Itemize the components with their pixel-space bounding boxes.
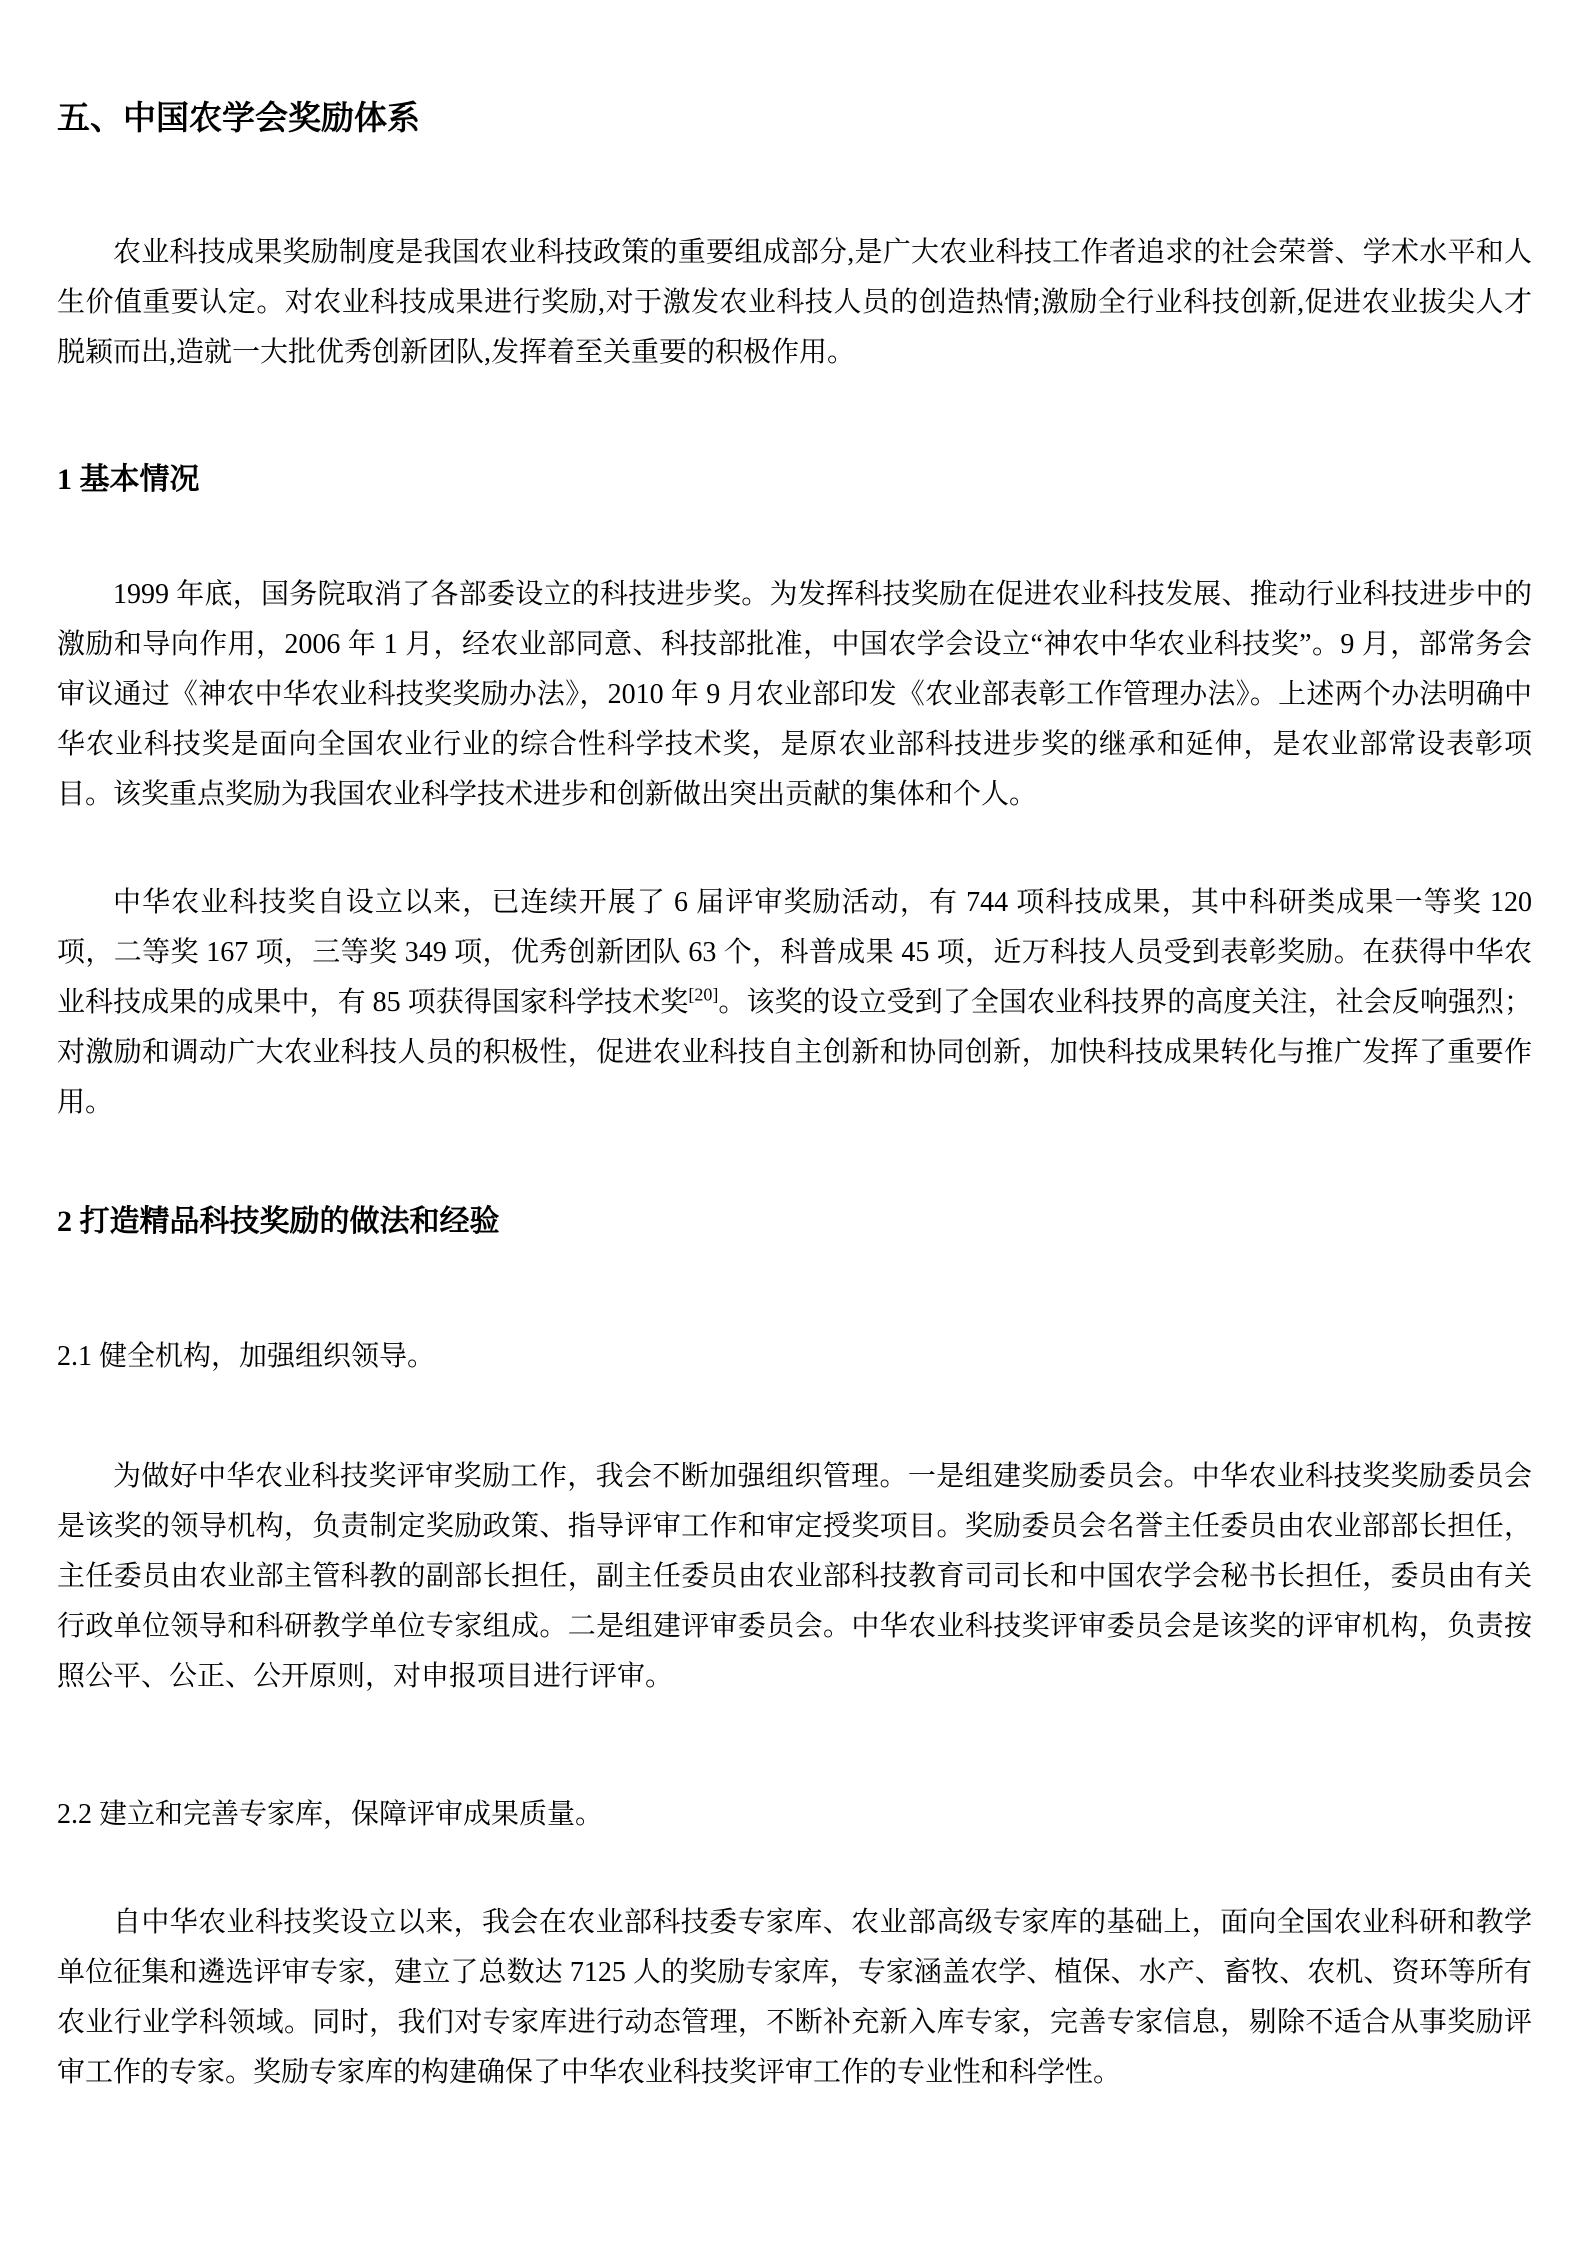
- section-2-2-heading: 2.2 建立和完善专家库，保障评审成果质量。: [57, 1790, 1532, 1840]
- document-page: 五、中国农学会奖励体系 农业科技成果奖励制度是我国农业科技政策的重要组成部分,是…: [0, 0, 1587, 2245]
- footnote-reference-20: [20]: [688, 985, 718, 1005]
- section-1-heading: 1 基本情况: [57, 458, 1532, 502]
- intro-paragraph: 农业科技成果奖励制度是我国农业科技政策的重要组成部分,是广大农业科技工作者追求的…: [57, 228, 1532, 378]
- section-1-paragraph-2: 中华农业科技奖自设立以来，已连续开展了 6 届评审奖励活动，有 744 项科技成…: [57, 878, 1532, 1128]
- section-2-2-paragraph: 自中华农业科技奖设立以来，我会在农业部科技委专家库、农业部高级专家库的基础上，面…: [57, 1898, 1532, 2098]
- section-2-heading: 2 打造精品科技奖励的做法和经验: [57, 1200, 1532, 1244]
- document-title: 五、中国农学会奖励体系: [57, 96, 1532, 140]
- section-2-1-paragraph: 为做好中华农业科技奖评审奖励工作，我会不断加强组织管理。一是组建奖励委员会。中华…: [57, 1452, 1532, 1702]
- section-1-paragraph-1: 1999 年底，国务院取消了各部委设立的科技进步奖。为发挥科技奖励在促进农业科技…: [57, 570, 1532, 820]
- section-2-1-heading: 2.1 健全机构，加强组织领导。: [57, 1332, 1532, 1382]
